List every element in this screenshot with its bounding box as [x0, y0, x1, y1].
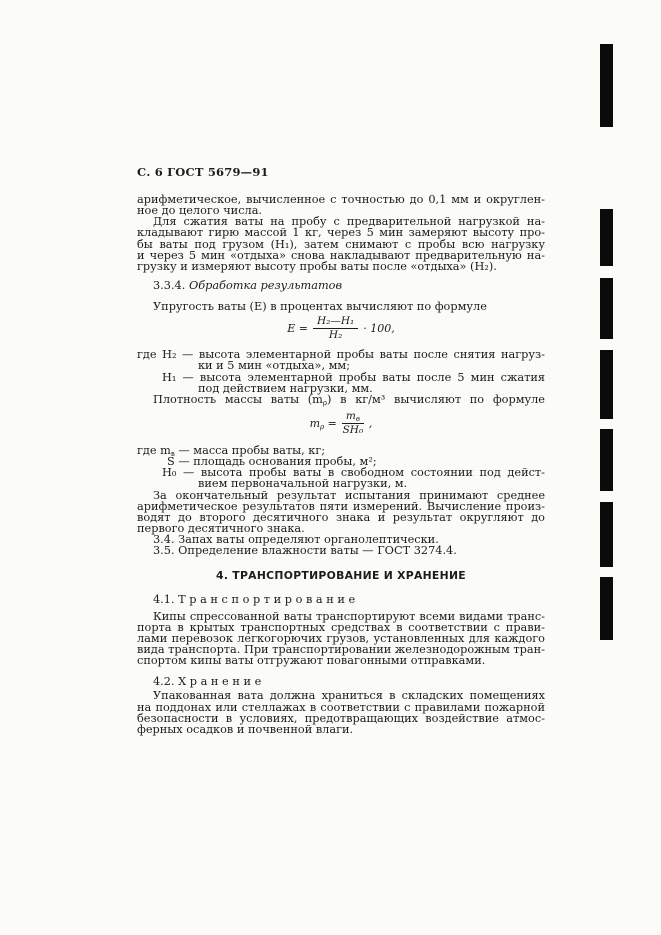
- paragraphs-before-elasticity-formula: арифметическое, вычисленное с точностью …: [137, 194, 545, 312]
- text-line: ферных осадков и почвенной влаги.: [137, 724, 545, 735]
- text-segment: спортом кипы ваты отгружают повагонными …: [137, 654, 485, 667]
- fraction-numerator: mв: [342, 411, 364, 424]
- fraction-numerator: H₂—H₁: [313, 316, 358, 329]
- text-column: С. 6 ГОСТ 5679—91 арифметическое, вычисл…: [137, 166, 545, 735]
- text-segment: 3.5. Определение влажности ваты — ГОСТ 3…: [153, 544, 457, 557]
- scan-artifact: [600, 577, 613, 640]
- text-segment: грузку и измеряют высоту пробы ваты посл…: [137, 260, 497, 273]
- definitions-elasticity: где H₂ — высота элементарной пробы ваты …: [137, 349, 545, 405]
- definitions-density-and-results: где mв — масса пробы ваты, кг;S — площад…: [137, 445, 545, 556]
- scan-artifact: [600, 209, 613, 266]
- subscript: ρ: [320, 423, 324, 431]
- text-segment: ферных осадков и почвенной влаги.: [137, 723, 353, 736]
- fraction: H₂—H₁ H₂: [313, 316, 358, 341]
- text-line: 3.5. Определение влажности ваты — ГОСТ 3…: [137, 545, 545, 556]
- scan-artifact: [600, 429, 613, 491]
- text-segment: 4.1. Т р а н с п о р т и р о в а н и е: [153, 593, 355, 606]
- text-segment: где m: [137, 444, 171, 457]
- text-line: 4.1. Т р а н с п о р т и р о в а н и е: [137, 594, 545, 605]
- text-line: Упругость ваты (E) в процентах вычисляют…: [137, 301, 545, 312]
- text-segment: Упругость ваты (E) в процентах вычисляют…: [153, 300, 487, 313]
- section-heading-transport-storage: 4. ТРАНСПОРТИРОВАНИЕ И ХРАНЕНИЕ: [137, 569, 545, 582]
- text-line: Плотность массы ваты (mρ) в кг/м³ вычисл…: [137, 394, 545, 405]
- text-line: спортом кипы ваты отгружают повагонными …: [137, 655, 545, 666]
- subscript: в: [356, 415, 360, 423]
- text-segment: 3.3.4.: [153, 279, 189, 292]
- scan-artifact: [600, 350, 613, 419]
- text-segment: Плотность массы ваты (m: [153, 393, 323, 406]
- formula-lhs: mρ =: [310, 417, 337, 430]
- formula-lhs: E =: [287, 322, 308, 335]
- text-segment: 4.2. Х р а н е н и е: [153, 675, 261, 688]
- text-segment: ) в кг/м³ вычисляют по формуле: [327, 393, 545, 406]
- page-header: С. 6 ГОСТ 5679—91: [137, 166, 545, 178]
- text-line: грузку и измеряют высоту пробы ваты посл…: [137, 261, 545, 272]
- text-line: 4.2. Х р а н е н и е: [137, 676, 545, 687]
- text-segment: Обработка результатов: [189, 279, 342, 292]
- scan-artifact: [600, 502, 613, 567]
- scan-artifact: [600, 44, 613, 127]
- fraction-denominator: H₂: [313, 329, 358, 341]
- fraction-denominator: SH₀: [342, 424, 364, 436]
- formula-elasticity: E = H₂—H₁ H₂ · 100,: [137, 316, 545, 341]
- formula-tail: · 100,: [363, 322, 395, 335]
- text-line: 3.3.4. Обработка результатов: [137, 280, 545, 291]
- section-4-paragraphs: 4.1. Т р а н с п о р т и р о в а н и еКи…: [137, 594, 545, 735]
- scanned-document-page: С. 6 ГОСТ 5679—91 арифметическое, вычисл…: [0, 0, 661, 935]
- fraction: mв SH₀: [342, 411, 364, 436]
- scan-artifact: [600, 278, 613, 339]
- formula-density: mρ = mв SH₀ ,: [137, 411, 545, 436]
- formula-tail: ,: [369, 417, 373, 430]
